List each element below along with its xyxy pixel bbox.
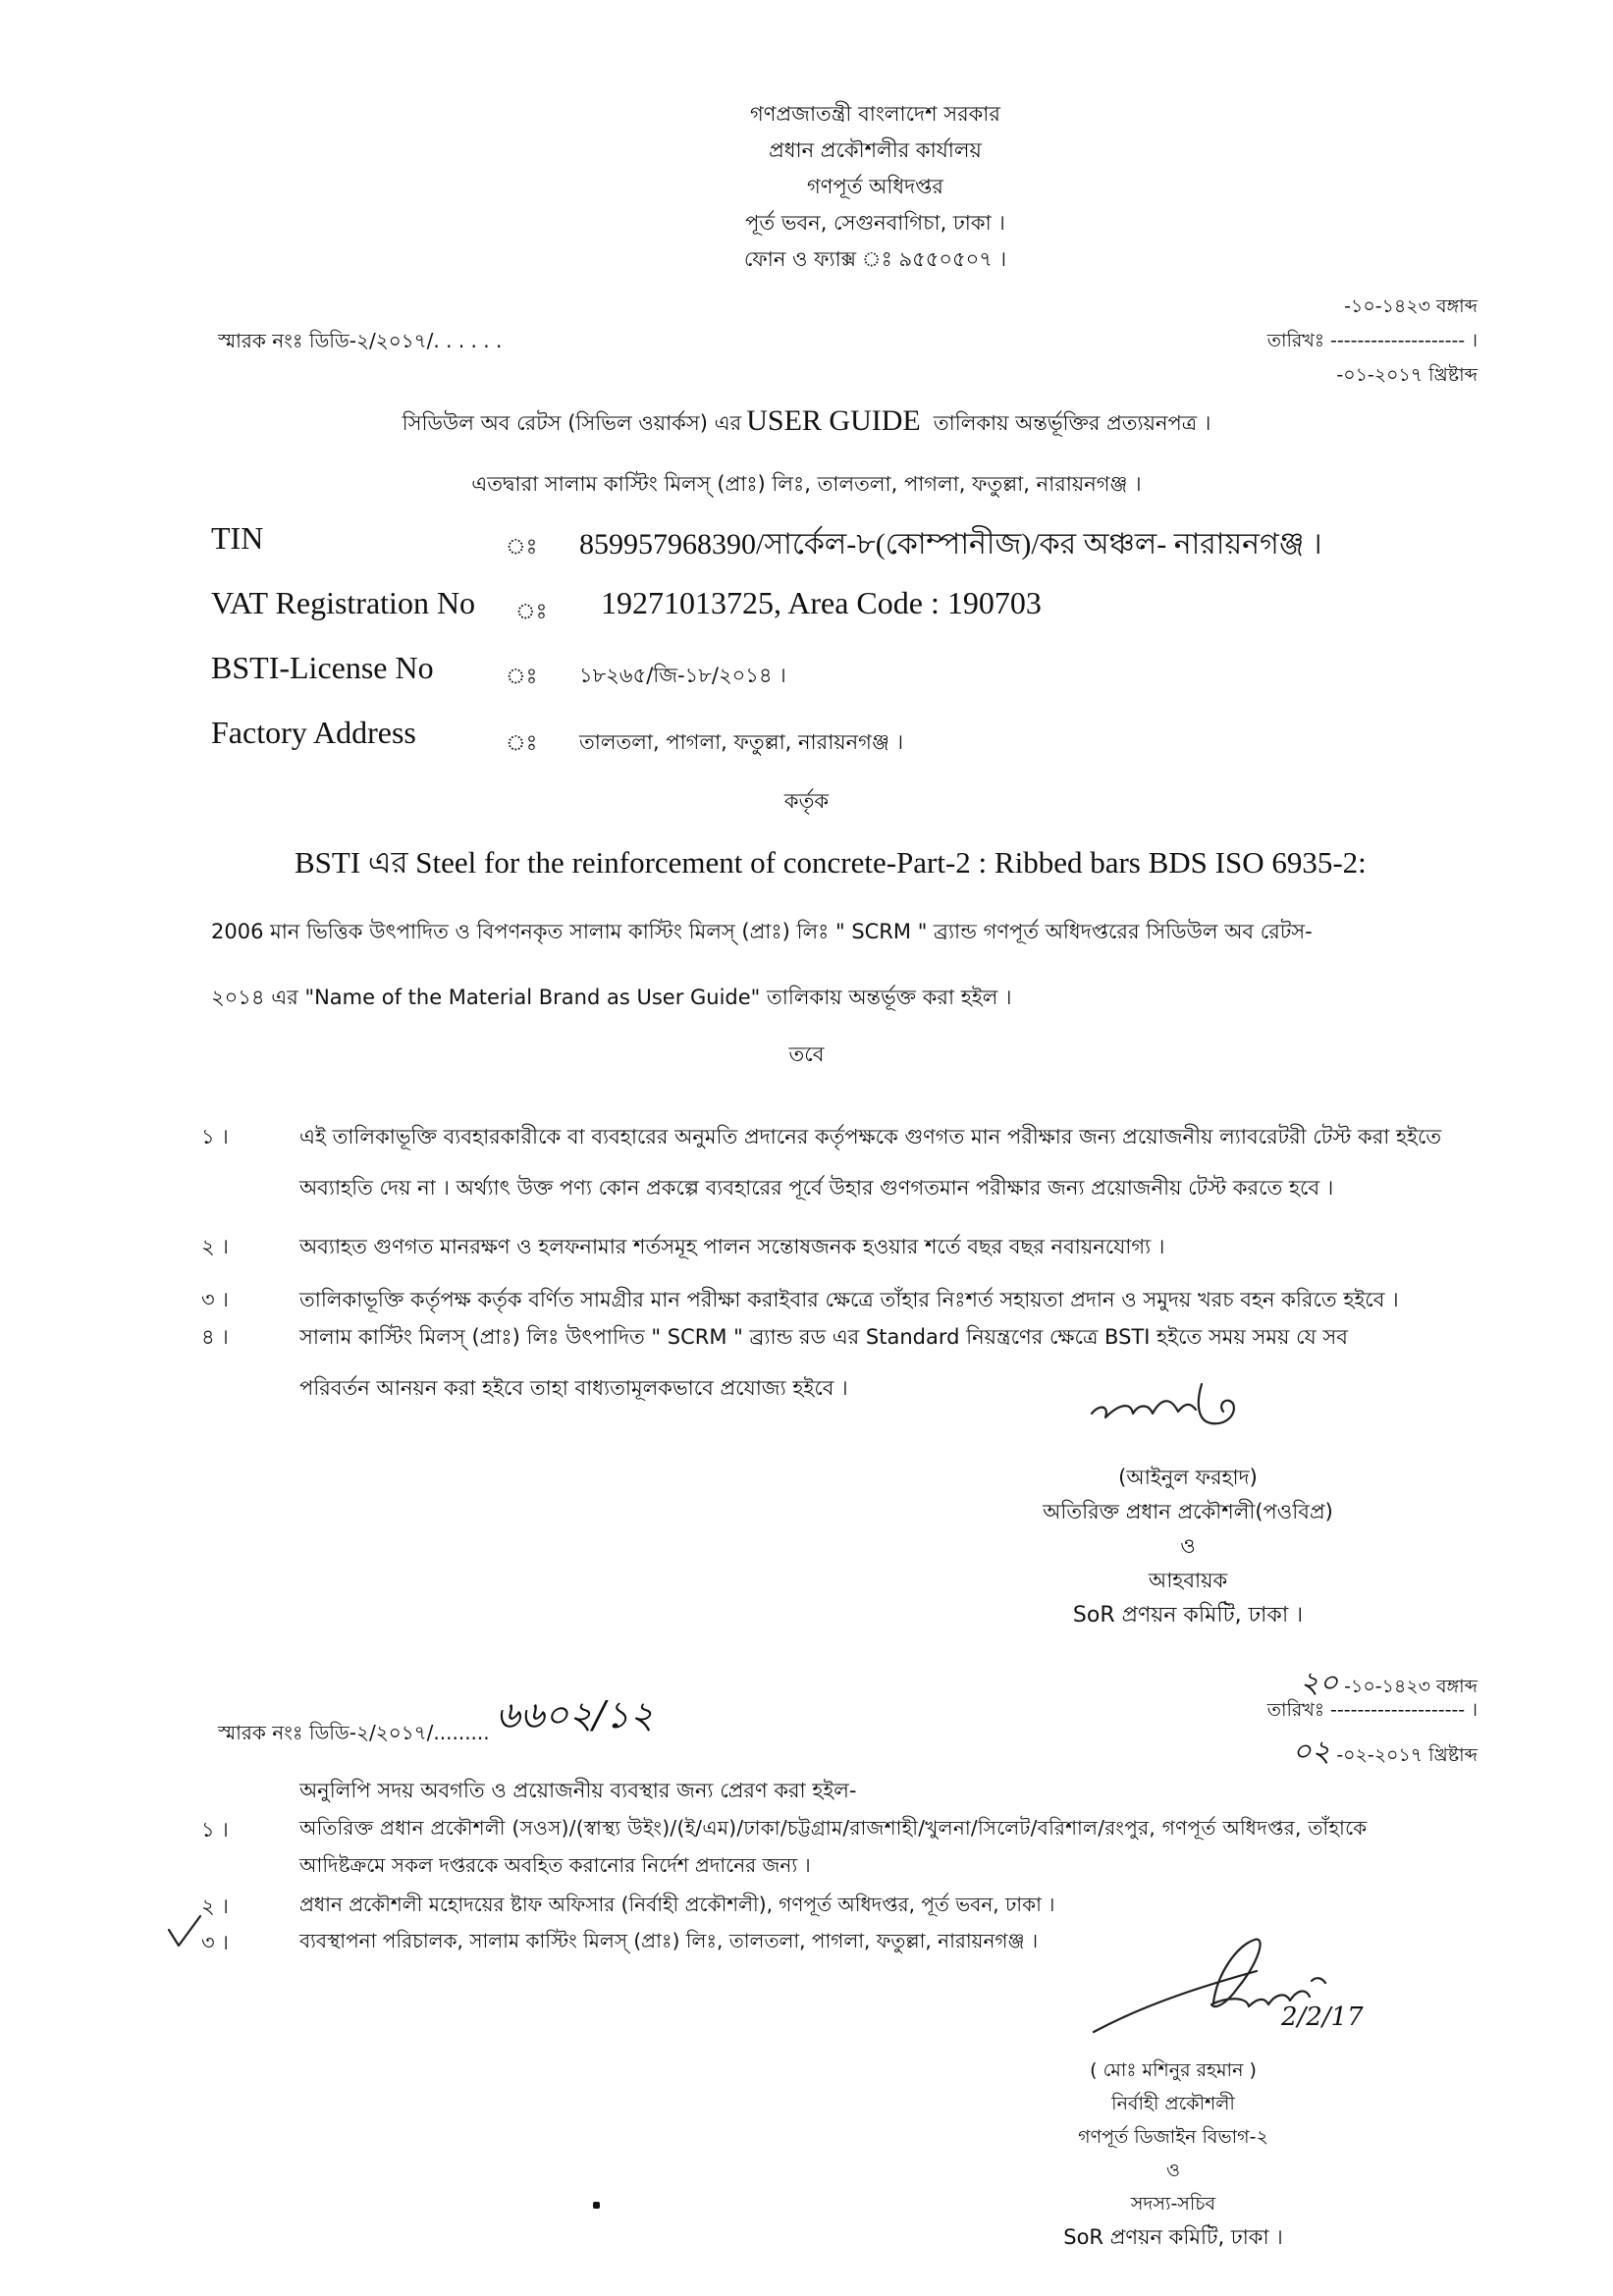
copy-1-line-2: আদিষ্টক্রমে সকল দপ্তরকে অবহিত করানোর নির… bbox=[299, 1851, 811, 1884]
signature-2-date: 2/2/17 bbox=[1281, 2002, 1364, 2032]
date-label-2: তারিখঃ -------------------- । bbox=[1267, 1696, 1478, 1728]
ink-dot bbox=[593, 2202, 600, 2209]
memo-reference-2: স্মারক নংঃ ডিডি-২/২০১৭/......... ৬৬০২/১২ bbox=[218, 1698, 654, 1761]
signatory-1-designation: অতিরিক্ত প্রধান প্রকৌশলী(পওবিপ্র) bbox=[982, 1495, 1394, 1529]
field-value-factory: তালতলা, পাগলা, ফতুল্লা, নারায়নগঞ্জ । bbox=[579, 726, 903, 761]
handwritten-ref: ৬৬০২/১২ bbox=[496, 1693, 654, 1736]
date-english: -০১-২০১৭ খ্রিষ্টাব্দ bbox=[1336, 361, 1478, 393]
tin-number: 859957968390/সার্কেল-৮(কোম্পানীজ)/কর অঞ্… bbox=[579, 528, 1322, 561]
handwritten-day-english: ০২ bbox=[1292, 1735, 1330, 1769]
field-value-vat: 19271013725, Area Code : 190703 bbox=[601, 585, 1042, 621]
copy-number: ১ । bbox=[201, 1814, 229, 1848]
field-value-bsti: ১৮২৬৫/জি-১৮/২০১৪ । bbox=[579, 660, 786, 694]
department-name: গণপূর্ত অধিদপ্তর bbox=[137, 169, 1613, 205]
however-label: তবে bbox=[0, 1039, 1613, 1073]
signatory-1-block: (আইনুল ফরহাদ) অতিরিক্ত প্রধান প্রকৌশলী(প… bbox=[982, 1461, 1394, 1632]
copy-1-line-1: অতিরিক্ত প্রধান প্রকৌশলী (সওস)/(স্বাস্থ্… bbox=[299, 1814, 1367, 1846]
date-bangla-text: -১০-১৪২৩ বঙ্গাব্দ bbox=[1344, 1676, 1478, 1697]
office-name: প্রধান প্রকৌশলীর কার্যালয় bbox=[137, 133, 1613, 169]
condition-1-line-2: অব্যাহতি দেয় না । অর্থ্যাৎ উক্ত পণ্য কো… bbox=[299, 1172, 1333, 1206]
field-label-tin: TIN bbox=[211, 520, 263, 557]
signatory-2-committee: SoR প্রণয়ন কমিটি, ঢাকা । bbox=[967, 2220, 1379, 2254]
body-line-3: ২০১৪ এর "Name of the Material Brand as U… bbox=[211, 982, 1012, 1016]
intro-line: এতদ্বারা সালাম কাস্টিং মিলস্ (প্রাঃ) লিঃ… bbox=[0, 468, 1613, 503]
subject-highlight: USER GUIDE bbox=[746, 404, 921, 437]
field-colon: ঃ bbox=[515, 595, 547, 631]
signatory-2-name: ( মোঃ মশিনুর রহমান ) bbox=[967, 2054, 1379, 2087]
signatory-1-role: আহবায়ক bbox=[982, 1564, 1394, 1598]
field-colon: ঃ bbox=[506, 530, 537, 566]
signature-2 bbox=[1080, 1934, 1414, 2042]
copy-2-line-1: প্রধান প্রকৌশলী মহোদয়ের ষ্টাফ অফিসার (ন… bbox=[299, 1891, 1054, 1923]
memo-reference: স্মারক নংঃ ডিডি-২/২০১৭/. . . . . . bbox=[218, 327, 502, 359]
signatory-2-block: ( মোঃ মশিনুর রহমান ) নির্বাহী প্রকৌশলী গ… bbox=[967, 2054, 1379, 2254]
letterhead: গণপ্রজাতন্ত্রী বাংলাদেশ সরকার প্রধান প্র… bbox=[0, 96, 1613, 278]
condition-4-line-2: পরিবর্তন আনয়ন করা হইবে তাহা বাধ্যতামূলক… bbox=[299, 1372, 848, 1407]
date-label: তারিখঃ -------------------- । bbox=[1267, 327, 1478, 358]
office-address: পূর্ত ভবন, সেগুনবাগিচা, ঢাকা । bbox=[137, 205, 1613, 241]
govt-name: গণপ্রজাতন্ত্রী বাংলাদেশ সরকার bbox=[137, 96, 1613, 133]
condition-number: ৩ । bbox=[201, 1284, 229, 1318]
body-line-1: BSTI এর Steel for the reinforcement of c… bbox=[295, 839, 1367, 890]
field-label-factory: Factory Address bbox=[211, 715, 416, 751]
field-colon: ঃ bbox=[506, 726, 537, 763]
signature-1 bbox=[1080, 1374, 1276, 1443]
copy-intro: অনুলিপি সদয় অবগতি ও প্রয়োজনীয় ব্যবস্থ… bbox=[299, 1775, 857, 1809]
signatory-1-name: (আইনুল ফরহাদ) bbox=[982, 1461, 1394, 1495]
condition-2-line-1: অব্যাহত গুণগত মানরক্ষণ ও হলফনামার শর্তসম… bbox=[299, 1231, 1164, 1265]
date-bangla: -১০-১৪২৩ বঙ্গাব্দ bbox=[1344, 293, 1478, 324]
date-english-text: -০২-২০১৭ খ্রিষ্টাব্দ bbox=[1336, 1744, 1478, 1766]
by-label: কর্তৃক bbox=[0, 785, 1613, 820]
condition-number: ১ । bbox=[201, 1121, 229, 1155]
field-label-vat: VAT Registration No bbox=[211, 585, 475, 621]
signatory-2-division: গণপূর্ত ডিজাইন বিভাগ-২ bbox=[967, 2120, 1379, 2154]
body-line-2: 2006 মান ভিত্তিক উৎপাদিত ও বিপণনকৃত সালা… bbox=[211, 916, 1313, 950]
field-colon: ঃ bbox=[506, 660, 537, 696]
date-english-2: ০২ -০২-২০১৭ খ্রিষ্টাব্দ bbox=[1292, 1728, 1478, 1778]
condition-number: ২ । bbox=[201, 1231, 229, 1265]
signatory-1-and: ও bbox=[982, 1529, 1394, 1564]
signatory-2-designation: নির্বাহী প্রকৌশলী bbox=[967, 2087, 1379, 2120]
condition-3-line-1: তালিকাভূক্তি কর্তৃপক্ষ কর্তৃক বর্ণিত সাম… bbox=[299, 1284, 1399, 1318]
signatory-1-committee: SoR প্রণয়ন কমিটি, ঢাকা । bbox=[982, 1598, 1394, 1632]
condition-4-line-1: সালাম কাস্টিং মিলস্ (প্রাঃ) লিঃ উৎপাদিত … bbox=[299, 1321, 1348, 1356]
signatory-2-role: সদস্য-সচিব bbox=[967, 2187, 1379, 2220]
copy-3-line-1: ব্যবস্থাপনা পরিচালক, সালাম কাস্টিং মিলস্… bbox=[299, 1927, 1038, 1959]
subject-line: সিডিউল অব রেটস (সিভিল ওয়ার্কস) এর USER … bbox=[0, 404, 1613, 442]
field-label-bsti: BSTI-License No bbox=[211, 650, 434, 686]
signatory-2-and: ও bbox=[967, 2154, 1379, 2187]
subject-suffix: তালিকায় অন্তর্ভূক্তির প্রত্যয়নপত্র । bbox=[934, 411, 1211, 435]
field-value-tin: 859957968390/সার্কেল-৮(কোম্পানীজ)/কর অঞ্… bbox=[579, 520, 1322, 570]
phone-fax: ফোন ও ফ্যাক্স ঃ ৯৫৫০৫০৭ । bbox=[137, 241, 1613, 278]
handwritten-day: ২০ bbox=[1300, 1666, 1338, 1700]
condition-number: ৪ । bbox=[201, 1321, 229, 1356]
memo-ref-prefix: স্মারক নংঃ ডিডি-২/২০১৭/......... bbox=[218, 1721, 490, 1744]
subject-prefix: সিডিউল অব রেটস (সিভিল ওয়ার্কস) এর bbox=[403, 411, 742, 435]
copy-number: ৩ । bbox=[201, 1927, 229, 1961]
condition-1-line-1: এই তালিকাভূক্তি ব্যবহারকারীকে বা ব্যবহার… bbox=[299, 1121, 1441, 1155]
